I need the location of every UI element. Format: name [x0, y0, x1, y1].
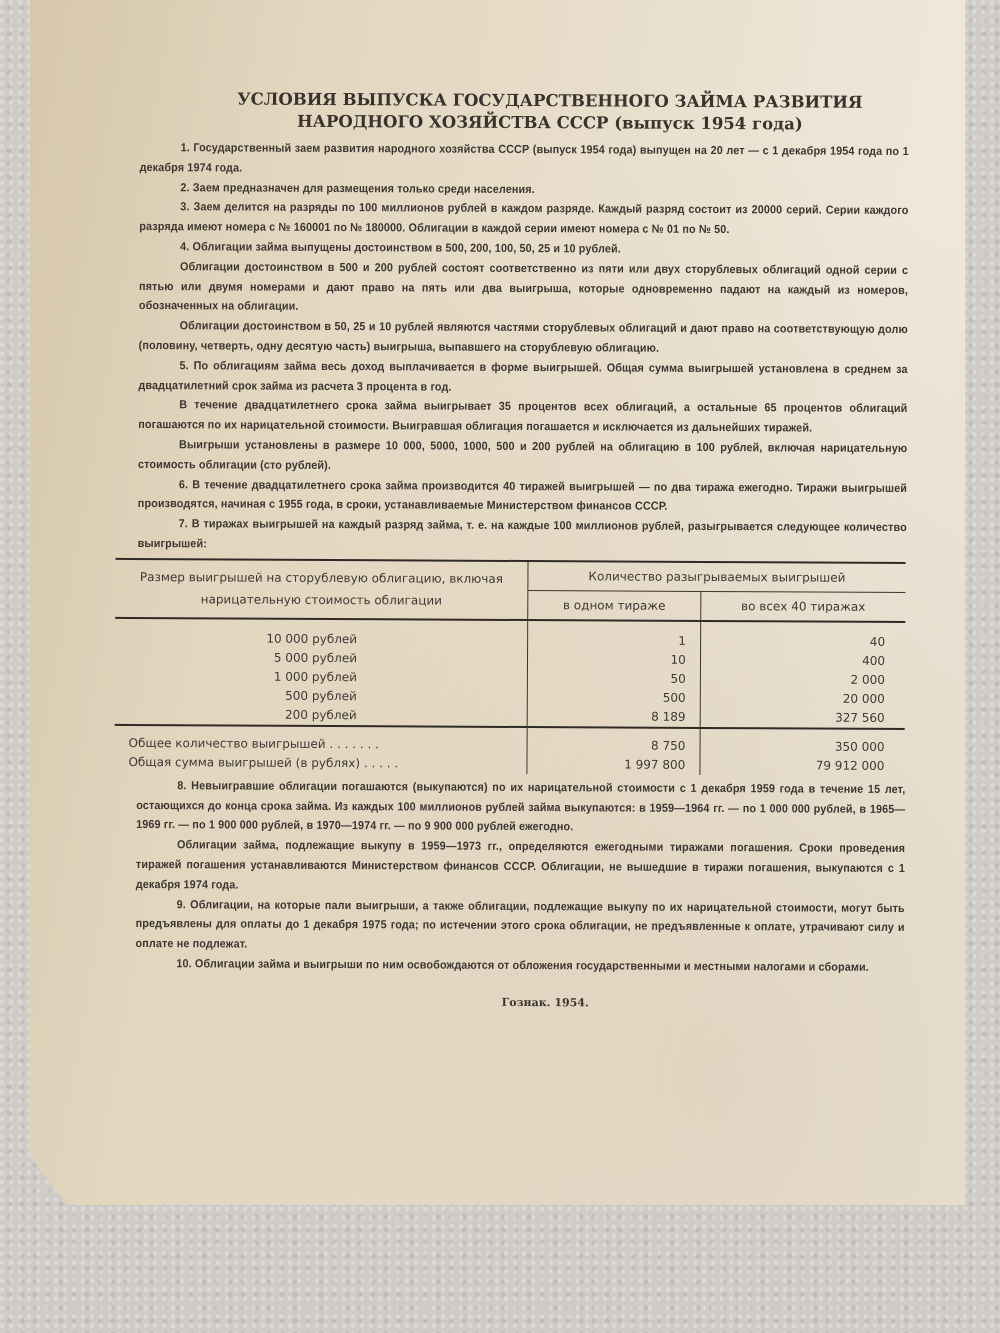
one-draw-cell: 500: [527, 688, 700, 708]
paragraph: В течение двадцатилетнего срока займа вы…: [138, 395, 907, 439]
header-all-draws: во всех 40 тиражах: [701, 591, 906, 622]
prize-cell: 200 рублей: [115, 705, 528, 727]
totals-label: Общее количество выигрышей . . . . . . .: [115, 725, 528, 755]
all-draws-cell: 400: [700, 651, 905, 671]
prize-cell: 10 000 рублей: [115, 618, 528, 650]
all-draws-cell: 40: [700, 621, 905, 652]
title-line-2: НАРОДНОГО ХОЗЯЙСТВА СССР (выпуск 1954 го…: [190, 110, 910, 136]
one-draw-cell: 10: [527, 650, 700, 670]
paragraphs-before-table: 1. Государственный заем развития народно…: [138, 138, 910, 558]
one-draw-cell: 1: [528, 620, 701, 651]
header-prize-count: Количество разыгрываемых выигрышей: [528, 561, 906, 592]
bond-conditions-document: УСЛОВИЯ ВЫПУСКА ГОСУДАРСТВЕННОГО ЗАЙМА Р…: [135, 88, 910, 1011]
paragraph: 6. В течение двадцатилетнего срока займа…: [138, 475, 907, 519]
header-prize-size: Размер выигрышей на сторублевую облигаци…: [115, 559, 528, 620]
paragraph: 9. Облигации, на которые пали выигрыши, …: [135, 895, 904, 958]
totals-label: Общая сумма выигрышей (в рублях) . . . .…: [114, 753, 527, 774]
paragraph: 1. Государственный заем развития народно…: [140, 138, 909, 182]
paragraph: Облигации достоинством в 50, 25 и 10 руб…: [139, 316, 908, 360]
prize-cell: 1 000 рублей: [115, 667, 528, 688]
one-draw-cell: 50: [527, 669, 700, 689]
header-one-draw: в одном тираже: [528, 590, 701, 620]
totals-row: Общее количество выигрышей . . . . . . .…: [115, 725, 905, 757]
all-draws-cell: 350 000: [700, 728, 905, 757]
one-draw-cell: 8 189: [527, 707, 700, 728]
one-draw-cell: 1 997 800: [527, 755, 700, 775]
all-draws-cell: 20 000: [700, 689, 905, 709]
table-row: 10 000 рублей140: [115, 618, 905, 652]
paragraph: Облигации достоинством в 500 и 200 рубле…: [139, 257, 908, 320]
paragraph: 3. Заем делится на разряды по 100 миллио…: [139, 197, 908, 241]
paragraph: 10. Облигации займа и выигрыши по ним ос…: [135, 954, 904, 978]
document-title: УСЛОВИЯ ВЫПУСКА ГОСУДАРСТВЕННОГО ЗАЙМА Р…: [190, 88, 910, 136]
prize-table: Размер выигрышей на сторублевую облигаци…: [114, 558, 905, 776]
paragraph: 7. В тиражах выигрышей на каждый разряд …: [138, 514, 907, 558]
paragraph: Облигации займа, подлежащие выкупу в 195…: [136, 835, 905, 898]
prize-cell: 5 000 рублей: [115, 648, 528, 669]
paragraph: 8. Невыигравшие облигации погашаются (вы…: [136, 776, 905, 839]
all-draws-cell: 2 000: [700, 670, 905, 690]
paragraph: 5. По облигациям займа весь доход выплач…: [138, 356, 907, 400]
paragraph: Выигрыши установлены в размере 10 000, 5…: [138, 435, 907, 479]
totals-row: Общая сумма выигрышей (в рублях) . . . .…: [114, 753, 904, 776]
prize-cell: 500 рублей: [115, 686, 528, 707]
all-draws-cell: 79 912 000: [700, 756, 905, 776]
paragraphs-after-table: 8. Невыигравшие облигации погашаются (вы…: [135, 776, 906, 978]
all-draws-cell: 327 560: [700, 708, 905, 729]
one-draw-cell: 8 750: [527, 727, 700, 756]
